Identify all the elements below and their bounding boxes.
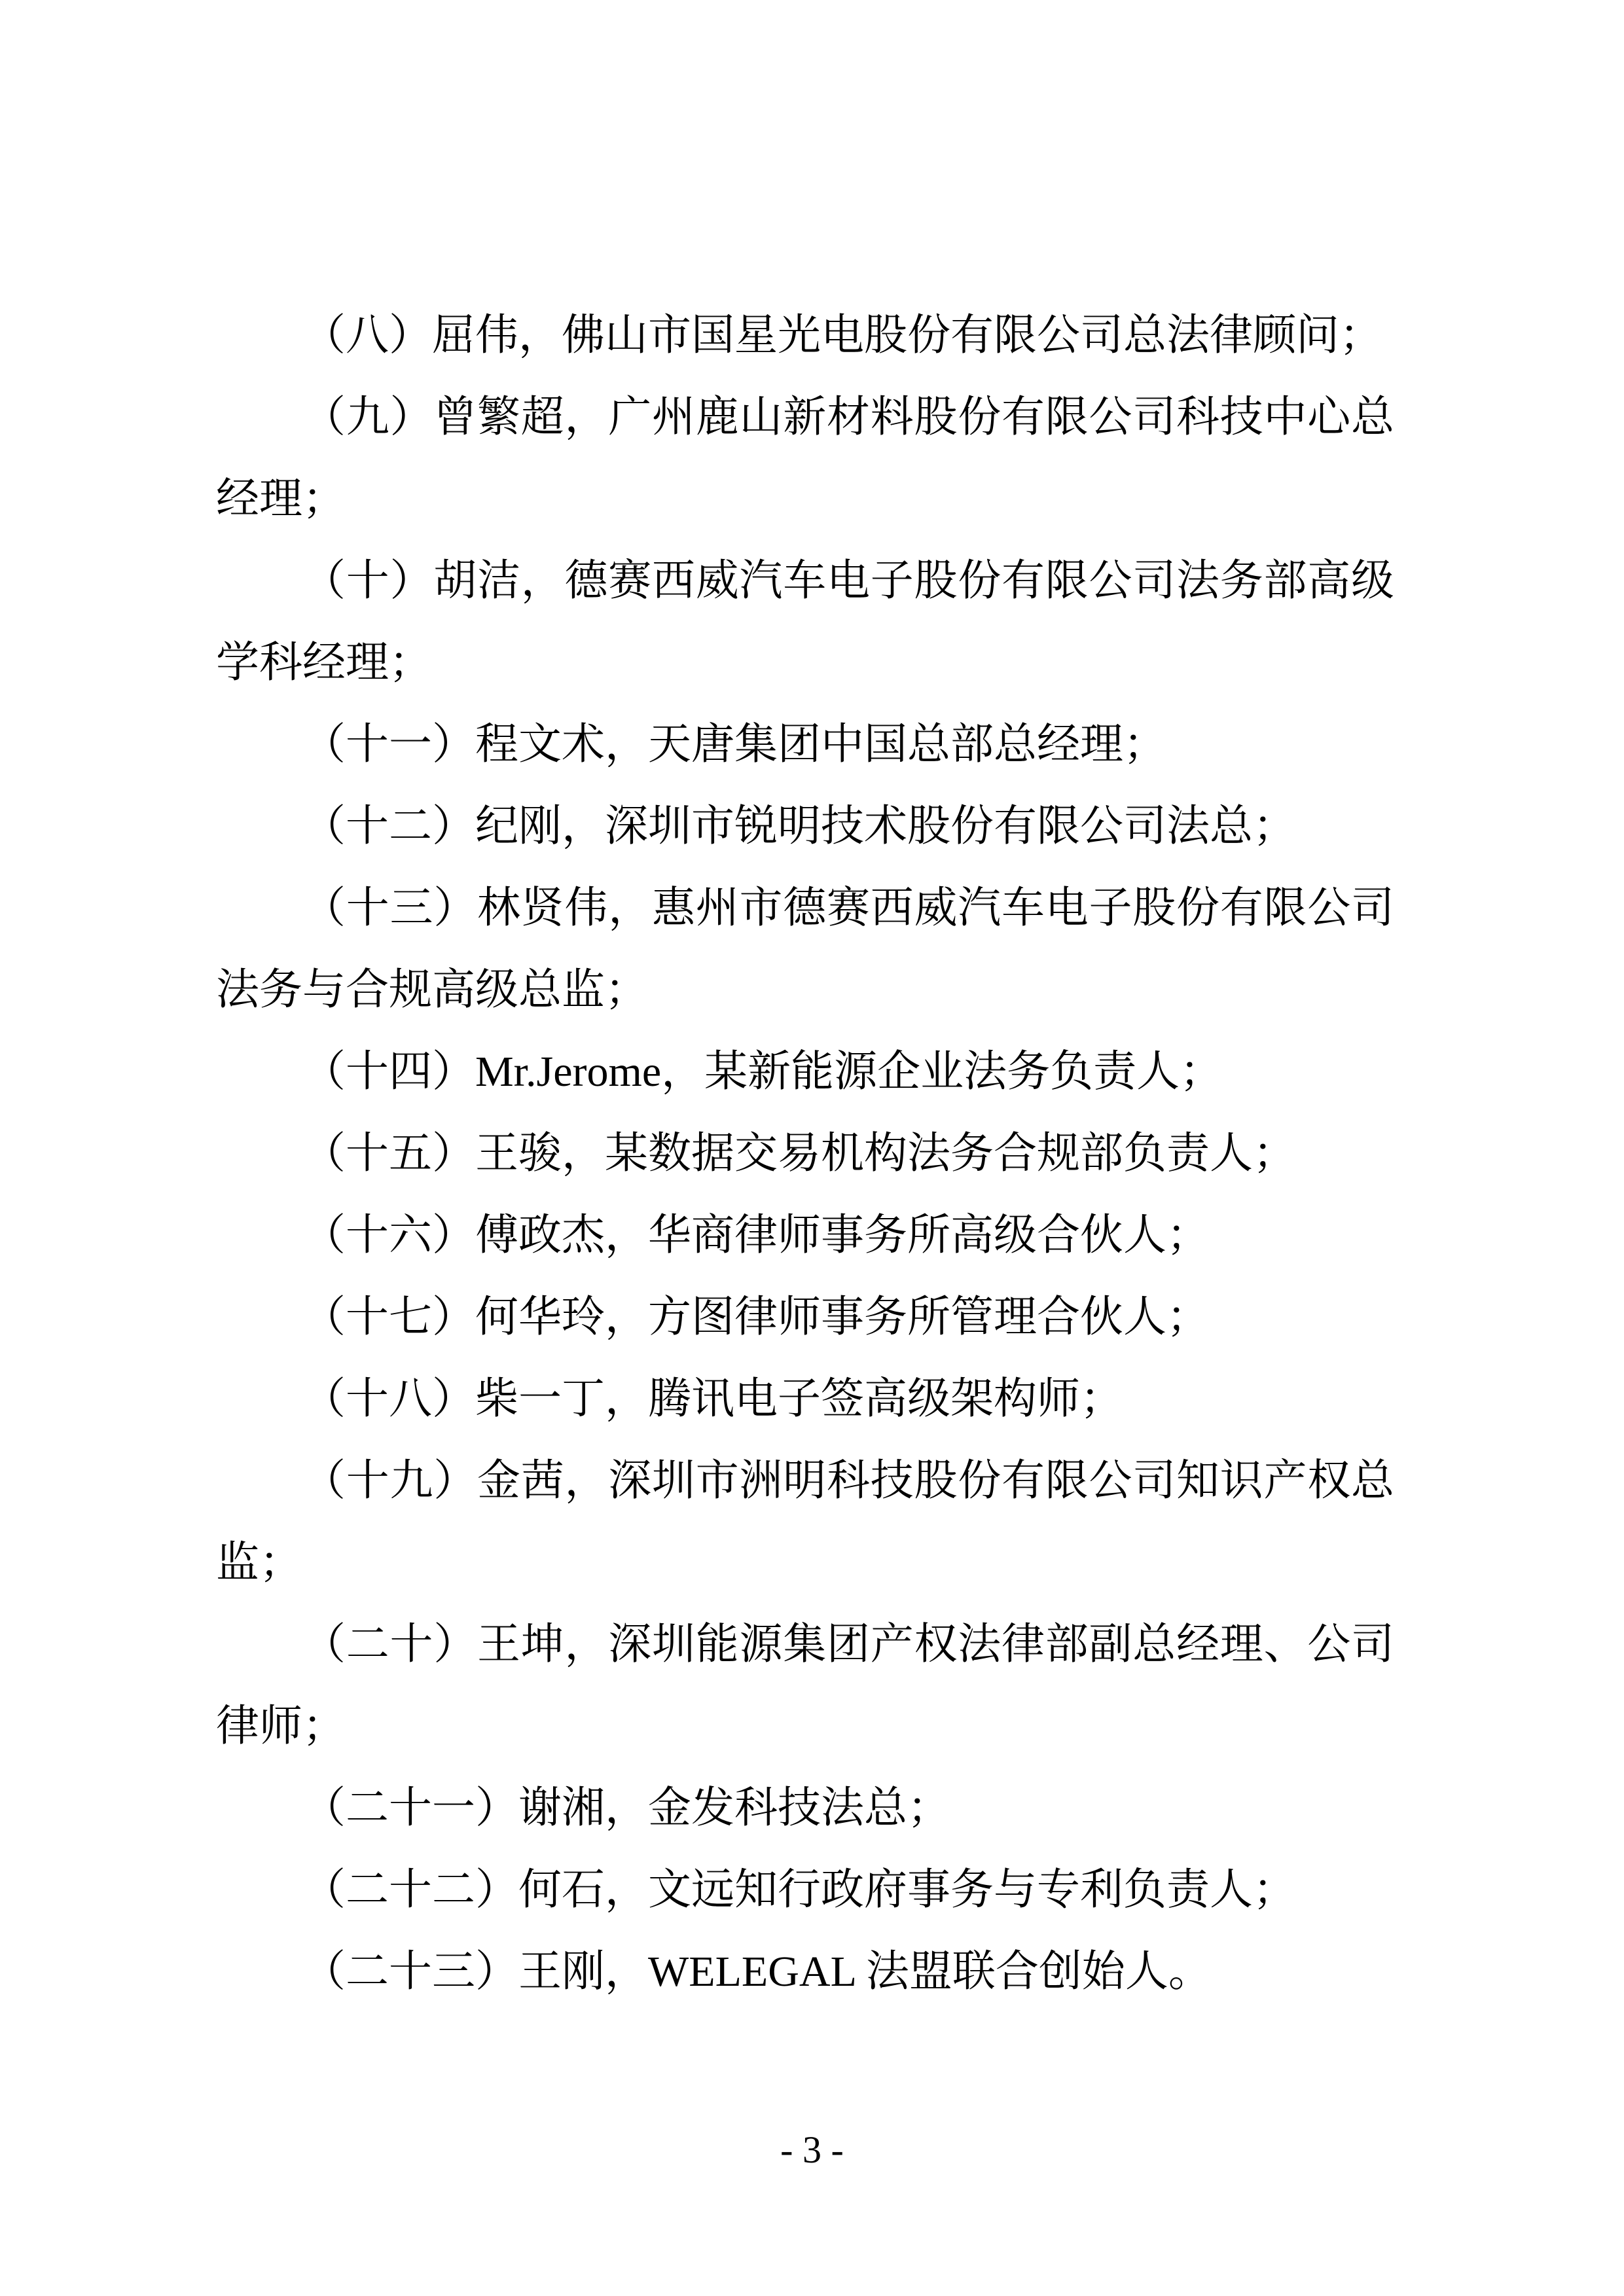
text-line: （二十二）何石，文远知行政府事务与专利负责人； [216,1849,1394,1931]
text-line: 律师； [216,1685,1394,1767]
text-line: （十三）林贤伟，惠州市德赛西威汽车电子股份有限公司 [216,867,1394,949]
document-page: （八）屈伟，佛山市国星光电股份有限公司总法律顾问；（九）曾繁超，广州鹿山新材料股… [0,0,1624,2296]
text-line: （十五）王骏，某数据交易机构法务合规部负责人； [216,1113,1394,1194]
text-line: （十九）金茜，深圳市洲明科技股份有限公司知识产权总 [216,1440,1394,1522]
document-body: （八）屈伟，佛山市国星光电股份有限公司总法律顾问；（九）曾繁超，广州鹿山新材料股… [216,295,1394,2013]
text-line: （二十三）王刚，WELEGAL 法盟联合创始人。 [216,1931,1394,2013]
text-line: 学科经理； [216,622,1394,704]
text-line: （十四）Mr.Jerome，某新能源企业法务负责人； [216,1031,1394,1113]
text-line: （十八）柴一丁，腾讯电子签高级架构师； [216,1358,1394,1440]
text-line: （十七）何华玲，方图律师事务所管理合伙人； [216,1276,1394,1358]
text-line: 经理； [216,458,1394,540]
text-line: （九）曾繁超，广州鹿山新材料股份有限公司科技中心总 [216,376,1394,458]
text-line: （十二）纪刚，深圳市锐明技术股份有限公司法总； [216,785,1394,867]
text-line: （十一）程文术，天唐集团中国总部总经理； [216,704,1394,785]
text-line: （十）胡洁，德赛西威汽车电子股份有限公司法务部高级 [216,540,1394,622]
text-line: 监； [216,1522,1394,1604]
text-line: （二十）王坤，深圳能源集团产权法律部副总经理、公司 [216,1604,1394,1685]
text-line: 法务与合规高级总监； [216,949,1394,1031]
page-number: - 3 - [0,2124,1624,2176]
text-line: （八）屈伟，佛山市国星光电股份有限公司总法律顾问； [216,295,1394,376]
text-line: （十六）傅政杰，华商律师事务所高级合伙人； [216,1194,1394,1276]
text-line: （二十一）谢湘，金发科技法总； [216,1767,1394,1849]
